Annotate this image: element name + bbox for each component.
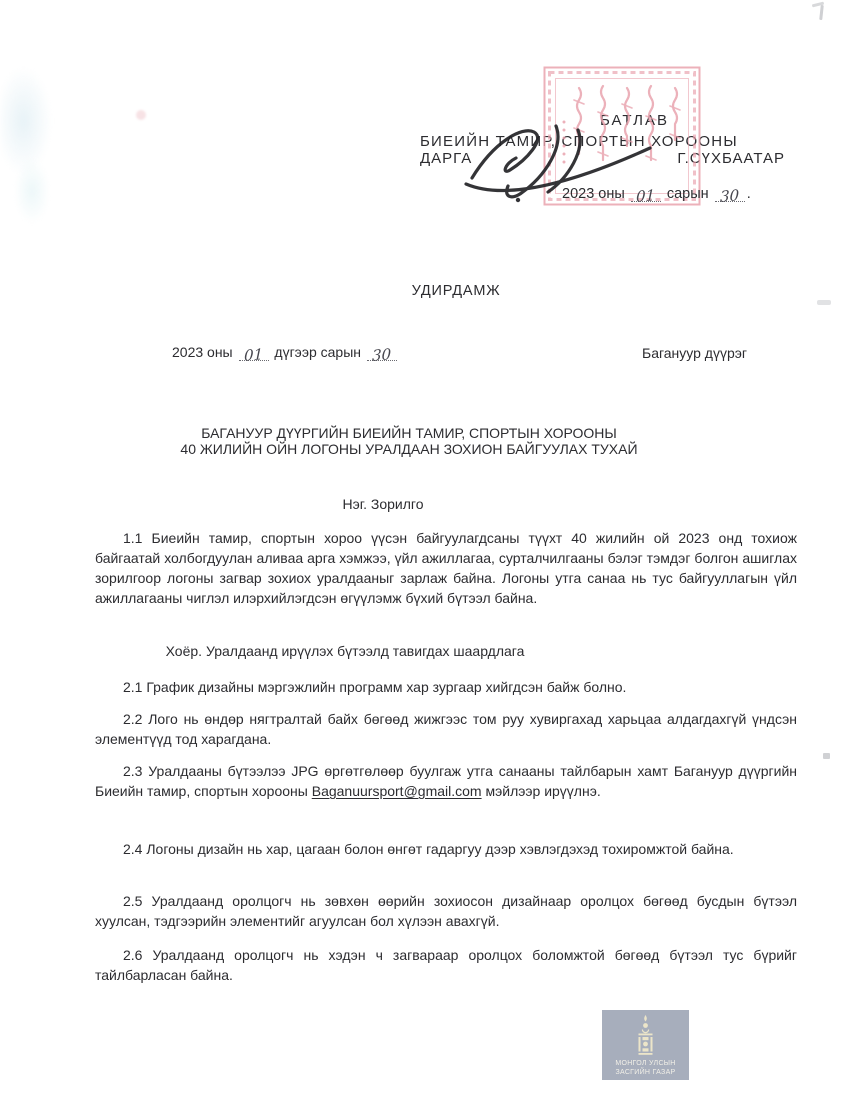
logo-text-line-2: ЗАСГИЙН ГАЗАР [615,1067,675,1076]
scan-smudge [14,158,50,224]
paragraph-2-1: 2.1 График дизайны мэргэжлийн программ х… [95,677,797,697]
section-two-heading: Хоёр. Уралдаанд ирүүлэх бүтээлд тавигдах… [0,643,771,659]
logo-text-line-1: МОНГОЛ УЛСЫН [615,1060,675,1067]
handwritten-day: 30 [372,345,391,365]
document-page: БАТЛАВ БИЕИЙН ТАМИР, СПОРТЫН ХОРООНЫ ДАР… [0,0,852,1100]
approval-date-month-slot: 01 [631,184,661,202]
date-day-slot: 30 [367,343,397,361]
document-date-line: 2023 оны 01 дүгээр сарын 30 [172,343,399,361]
approval-date-month-label: сарын [667,186,709,202]
approval-date-day-slot: 30 [715,184,745,202]
paragraph-2-3-tail: мэйлээр ирүүлнэ. [482,783,601,799]
date-month-label: дүгээр сарын [274,344,361,360]
contact-email: Baganuursport@gmail.com [312,783,482,799]
scan-mark [817,300,831,305]
approval-date-line: 2023 оны 01 сарын 30. [562,184,751,202]
paragraph-2-6: 2.6 Уралдаанд оролцогч нь хэдэн ч загвар… [95,945,797,985]
scan-mark [819,5,824,20]
section-one-heading: Нэг. Зорилго [0,496,809,512]
approval-date-suffix: . [747,186,751,202]
document-type-heading: УДИРДАМЖ [30,283,852,299]
government-logo: МОНГОЛ УЛСЫН ЗАСГИЙН ГАЗАР [602,1010,689,1080]
title-line-2: 40 ЖИЛИЙН ОЙН ЛОГОНЫ УРАЛДААН ЗОХИОН БАЙ… [0,441,835,457]
date-month-slot: 01 [239,343,269,361]
scan-speck [136,110,146,120]
paragraph-2-3: 2.3 Уралдааны бүтээлээ JPG өргөтгөлөөр б… [95,761,797,801]
handwritten-month: 01 [636,186,655,206]
date-prefix: 2023 оны [172,344,233,360]
scan-mark [823,753,830,759]
document-title: БАГАНУУР ДҮҮРГИЙН БИЕИЙН ТАМИР, СПОРТЫН … [0,425,835,457]
paragraph-1-1: 1.1 Биеийн тамир, спортын хороо үүсэн ба… [95,528,797,608]
paragraph-2-4: 2.4 Логоны дизайн нь хар, цагаан болон ө… [95,839,797,859]
handwritten-day: 30 [720,186,739,206]
approval-date-prefix: 2023 оны [562,186,625,202]
paragraph-2-5: 2.5 Уралдаанд оролцогч нь зөвхөн өөрийн … [95,891,797,931]
handwritten-month: 01 [244,345,263,365]
paragraph-2-2: 2.2 Лого нь өндөр нягтралтай байх бөгөөд… [95,709,797,749]
document-location: Багануур дүүрэг [642,345,747,361]
title-line-1: БАГАНУУР ДҮҮРГИЙН БИЕИЙН ТАМИР, СПОРТЫН … [0,425,835,441]
